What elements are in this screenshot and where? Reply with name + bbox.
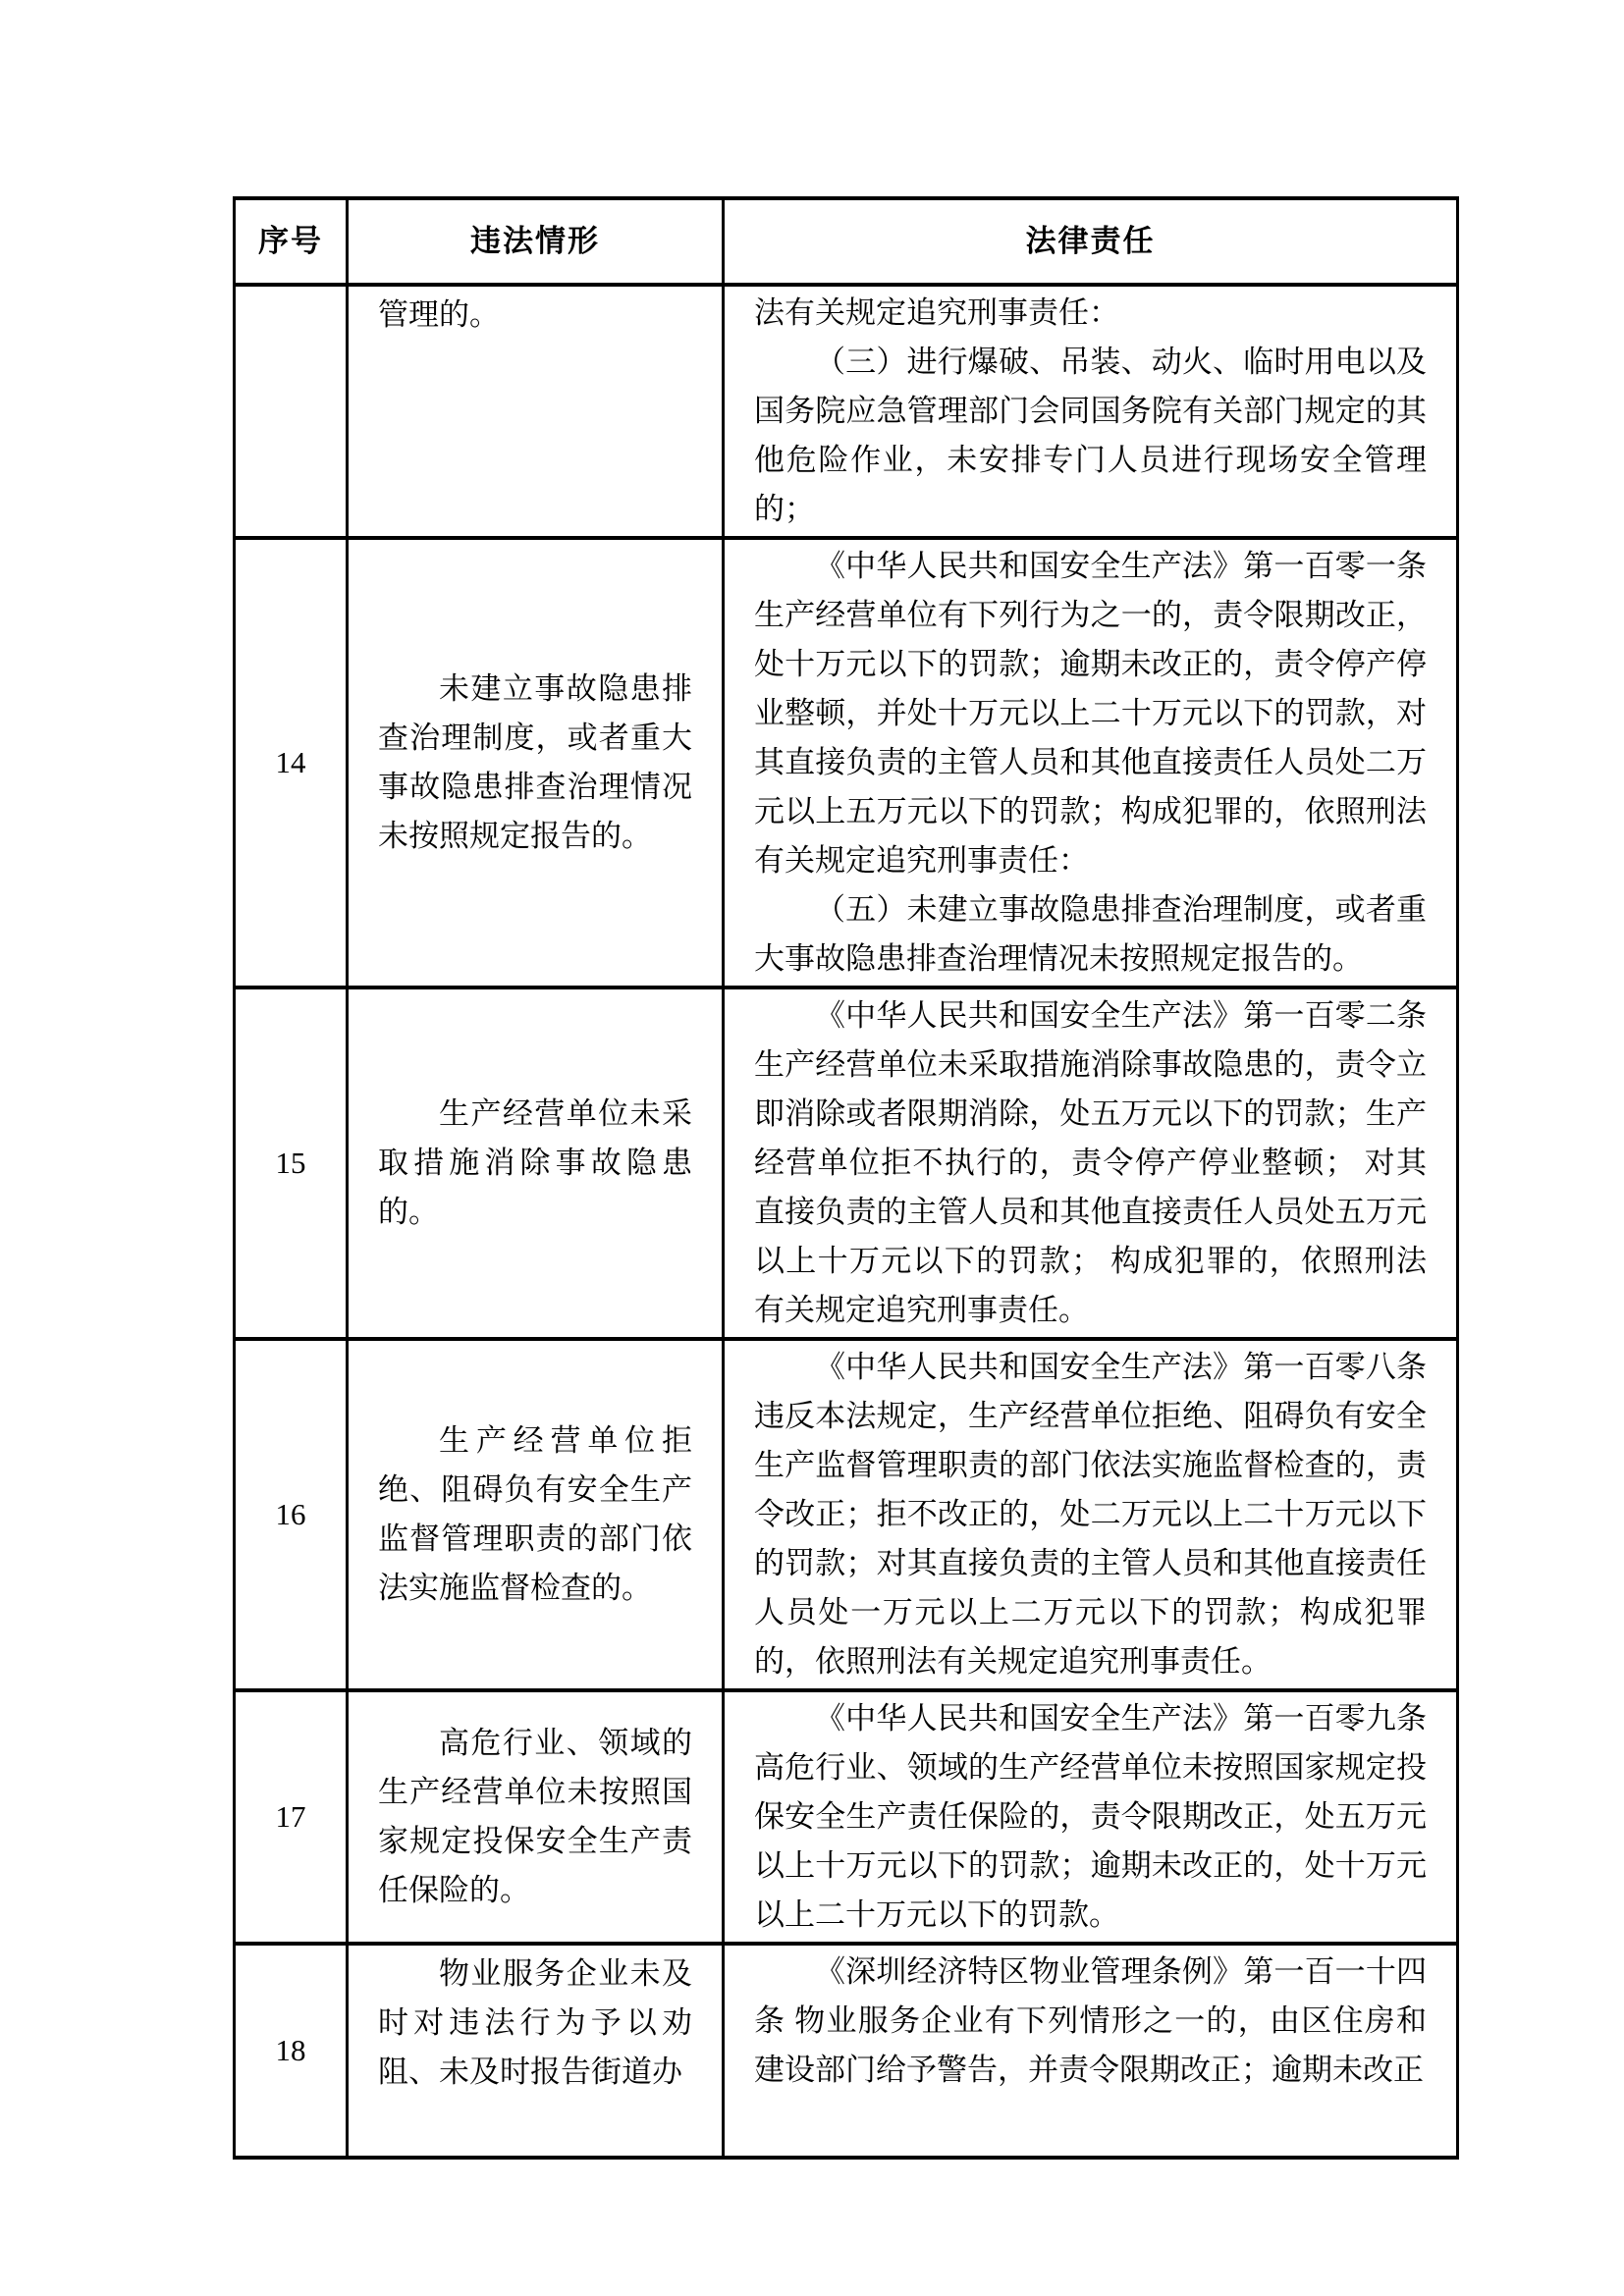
liability-paragraph: （五）未建立事故隐患排查治理制度，或者重大事故隐患排查治理情况未按照规定报告的。 [754, 885, 1427, 984]
row-number-cell: 15 [235, 988, 348, 1339]
table-row: 17 高危行业、领域的生产经营单位未按照国家规定投保安全生产责任保险的。 《中华… [235, 1690, 1458, 1944]
liability-paragraph: （三）进行爆破、吊装、动火、临时用电以及国务院应急管理部门会同国务院有关部门规定… [754, 338, 1427, 534]
table-row: 14 未建立事故隐患排查治理制度，或者重大事故隐患排查治理情况未按照规定报告的。… [235, 538, 1458, 988]
row-number-cell: 16 [235, 1339, 348, 1690]
liability-paragraph: 《深圳经济特区物业管理条例》第一百一十四条 物业服务企业有下列情形之一的，由区住… [754, 1948, 1427, 2095]
liability-cell: 《中华人民共和国安全生产法》第一百零二条 生产经营单位未采取措施消除事故隐患的，… [724, 988, 1458, 1339]
table-row: 16 生产经营单位拒绝、阻碍负有安全生产监督管理职责的部门依法实施监督检查的。 … [235, 1339, 1458, 1690]
document-page: 序号 违法情形 法律责任 管理的。 法有关规定追究刑事责任： （三）进行爆破、吊… [0, 0, 1624, 2296]
column-header-violation: 违法情形 [348, 198, 724, 285]
table-row: 15 生产经营单位未采取措施消除事故隐患的。 《中华人民共和国安全生产法》第一百… [235, 988, 1458, 1339]
row-number-cell: 17 [235, 1690, 348, 1944]
row-number-cell [235, 285, 348, 538]
column-header-no: 序号 [235, 198, 348, 285]
liability-cell: 《中华人民共和国安全生产法》第一百零八条 违反本法规定，生产经营单位拒绝、阻碍负… [724, 1339, 1458, 1690]
liability-cell: 《中华人民共和国安全生产法》第一百零一条 生产经营单位有下列行为之一的，责令限期… [724, 538, 1458, 988]
row-number-cell: 18 [235, 1944, 348, 2158]
table-header-row: 序号 违法情形 法律责任 [235, 198, 1458, 285]
liability-paragraph: 《中华人民共和国安全生产法》第一百零二条 生产经营单位未采取措施消除事故隐患的，… [754, 991, 1427, 1335]
liability-cell: 《中华人民共和国安全生产法》第一百零九条 高危行业、领域的生产经营单位未按照国家… [724, 1690, 1458, 1944]
violation-cell: 高危行业、领域的生产经营单位未按照国家规定投保安全生产责任保险的。 [348, 1690, 724, 1944]
violation-cell: 未建立事故隐患排查治理制度，或者重大事故隐患排查治理情况未按照规定报告的。 [348, 538, 724, 988]
table-row: 18 物业服务企业未及时对违法行为予以劝阻、未及时报告街道办 《深圳经济特区物业… [235, 1944, 1458, 2158]
liability-paragraph: 《中华人民共和国安全生产法》第一百零九条 高危行业、领域的生产经营单位未按照国家… [754, 1694, 1427, 1940]
violation-liability-table: 序号 违法情形 法律责任 管理的。 法有关规定追究刑事责任： （三）进行爆破、吊… [233, 196, 1459, 2160]
liability-paragraph: 《中华人民共和国安全生产法》第一百零八条 违反本法规定，生产经营单位拒绝、阻碍负… [754, 1343, 1427, 1686]
violation-cell: 生产经营单位拒绝、阻碍负有安全生产监督管理职责的部门依法实施监督检查的。 [348, 1339, 724, 1690]
liability-cell: 《深圳经济特区物业管理条例》第一百一十四条 物业服务企业有下列情形之一的，由区住… [724, 1944, 1458, 2158]
liability-paragraph: 法有关规定追究刑事责任： [754, 289, 1427, 338]
violation-cell: 管理的。 [348, 285, 724, 538]
violation-cell: 物业服务企业未及时对违法行为予以劝阻、未及时报告街道办 [348, 1944, 724, 2158]
violation-cell: 生产经营单位未采取措施消除事故隐患的。 [348, 988, 724, 1339]
liability-cell: 法有关规定追究刑事责任： （三）进行爆破、吊装、动火、临时用电以及国务院应急管理… [724, 285, 1458, 538]
table-row: 管理的。 法有关规定追究刑事责任： （三）进行爆破、吊装、动火、临时用电以及国务… [235, 285, 1458, 538]
liability-paragraph: 《中华人民共和国安全生产法》第一百零一条 生产经营单位有下列行为之一的，责令限期… [754, 542, 1427, 885]
row-number-cell: 14 [235, 538, 348, 988]
column-header-liability: 法律责任 [724, 198, 1458, 285]
